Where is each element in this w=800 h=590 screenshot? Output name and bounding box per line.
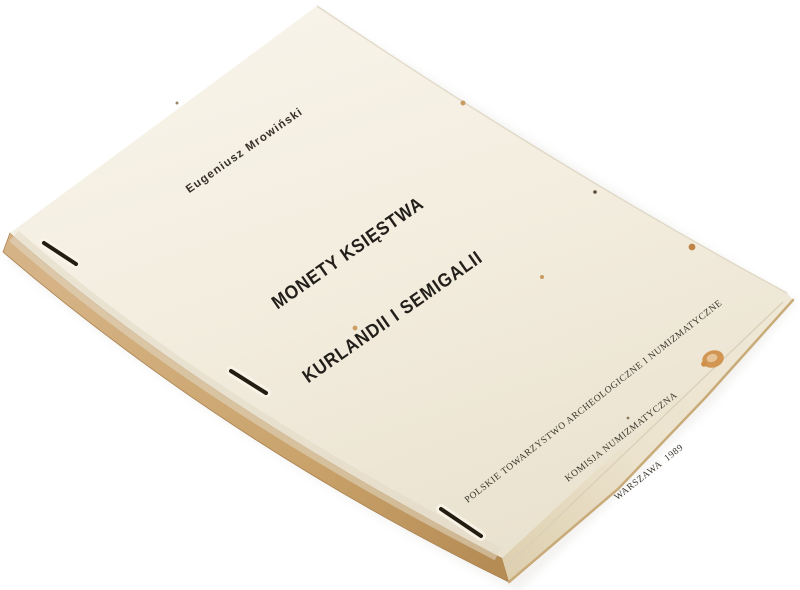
photo-canvas: Eugeniusz Mrowiński MONETY KSIĘSTWA KURL… bbox=[0, 0, 800, 590]
